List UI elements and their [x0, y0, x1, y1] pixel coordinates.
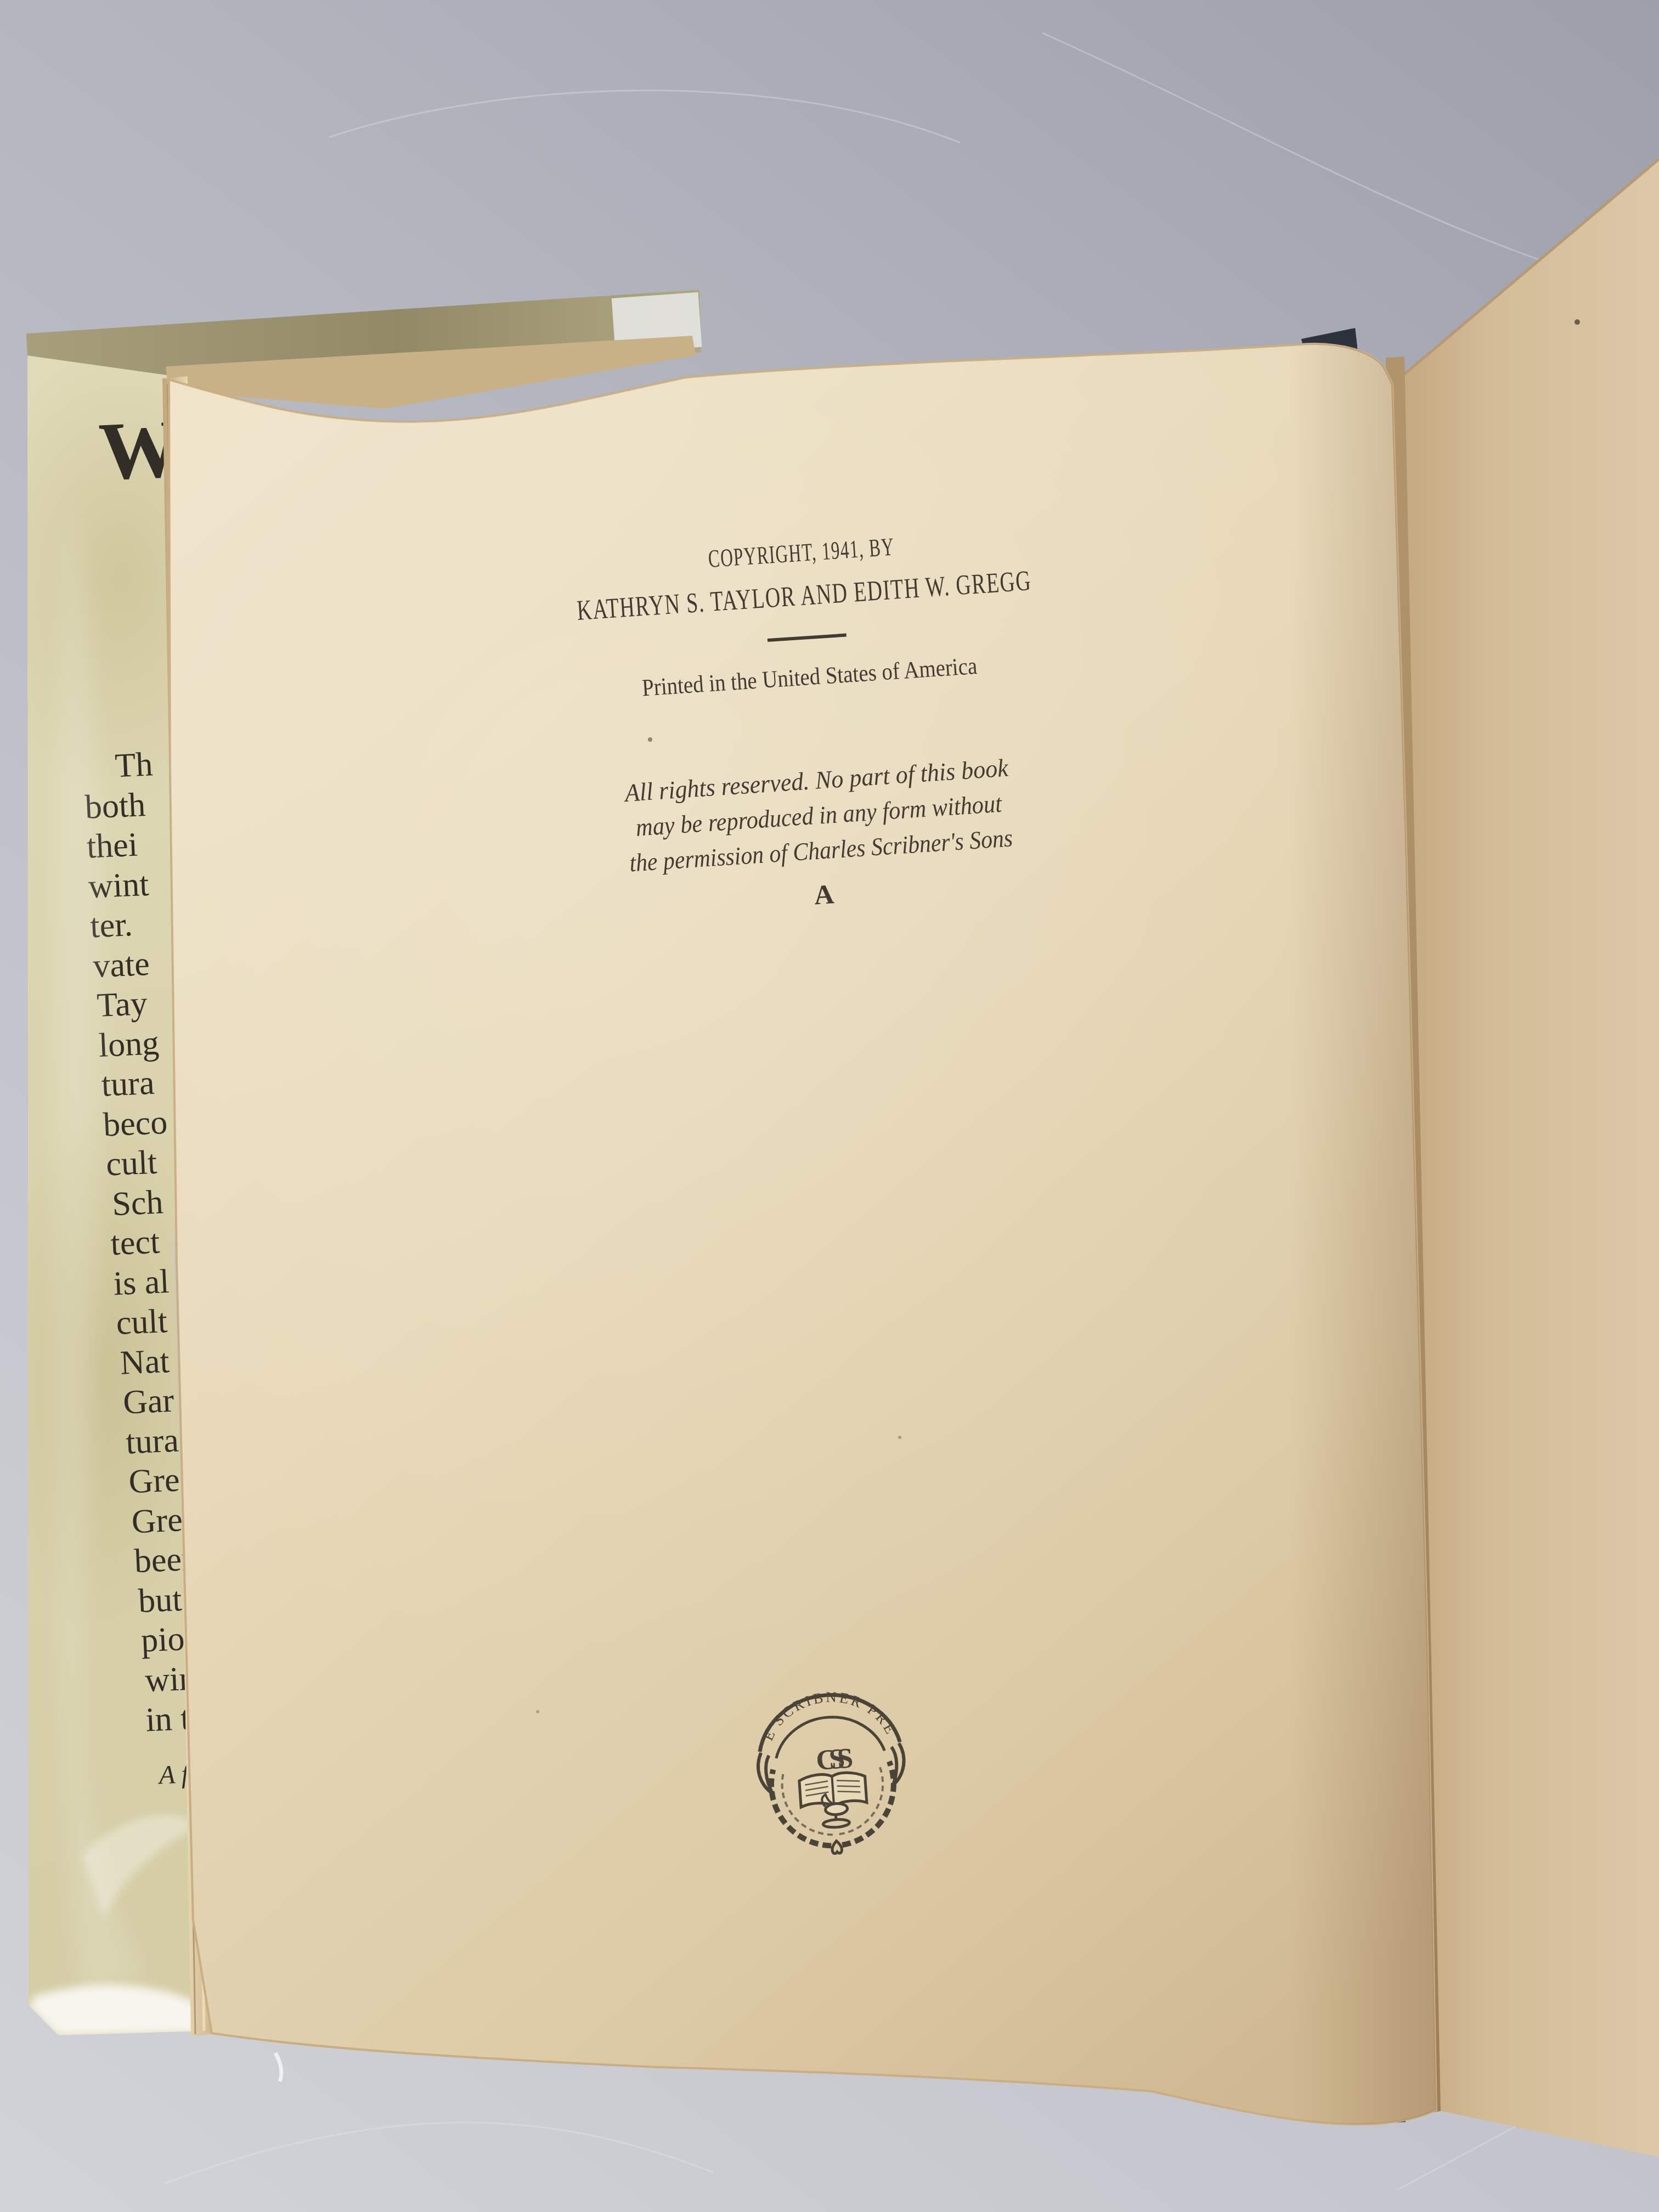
flap-blurb-line: tect	[110, 1223, 160, 1262]
page-speck	[648, 737, 652, 742]
flap-blurb-line: in t	[145, 1700, 191, 1739]
flap-blurb-line: beco	[103, 1104, 168, 1144]
flap-blurb-line: cult	[115, 1302, 168, 1342]
book-photo-scene: W Th both thei wint ter. vate Tay long t…	[0, 0, 1659, 2212]
photo-of-open-book: W Th both thei wint ter. vate Tay long t…	[0, 0, 1659, 2212]
facing-page	[1398, 159, 1659, 2157]
flap-blurb-line: Gre	[131, 1501, 183, 1541]
flap-blurb-line: Sch	[111, 1183, 164, 1223]
page-speck	[536, 1710, 539, 1713]
copyright-page: COPYRIGHT, 1941, BY KATHRYN S. TAYLOR AN…	[165, 329, 1443, 2140]
flap-blurb-line: vate	[92, 945, 150, 985]
flap-blurb-line: Th	[114, 746, 154, 785]
flap-blurb-line: Tay	[96, 985, 148, 1024]
flap-blurb-line: Nat	[120, 1342, 170, 1382]
flap-blurb-line: tura	[125, 1421, 179, 1461]
page-speck	[1575, 319, 1580, 325]
flap-blurb-line: tura	[100, 1064, 155, 1104]
flap-blurb-line: Gre	[128, 1461, 180, 1500]
flap-blurb-line: long	[98, 1024, 160, 1064]
printing-code: A	[813, 878, 835, 910]
page-speck	[898, 1436, 901, 1439]
flap-blurb-line: cult	[105, 1144, 158, 1183]
flap-blurb-line: Gar	[122, 1382, 175, 1421]
flap-blurb-line: is al	[112, 1263, 170, 1302]
flap-blurb-line: but	[138, 1581, 183, 1620]
